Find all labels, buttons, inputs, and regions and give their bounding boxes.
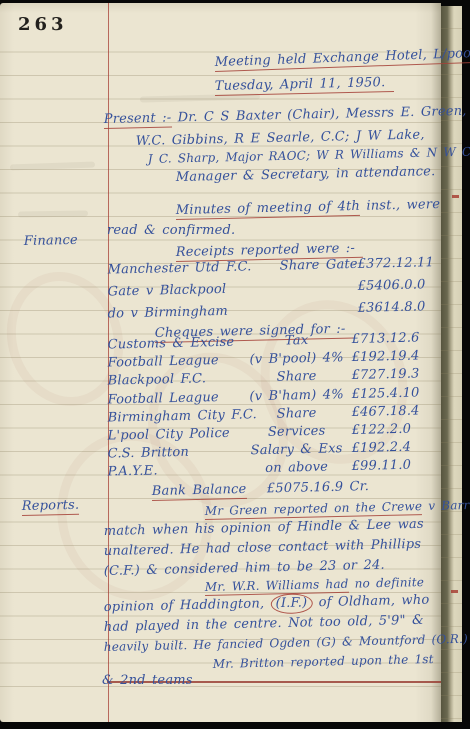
scanned-minute-book-page: 263 Meeting held Exchange Hotel, L/pool … [0,3,441,722]
cheque-amount: £122.2.0 [351,422,411,438]
cheque-amount: £192.19.4 [351,348,419,365]
report-green-rest: v Barrow [422,498,470,513]
minutes-rest: inst., were [360,197,440,214]
cheque-payee: Football League [108,390,219,408]
report-britton-line-2: & 2nd teams [102,673,193,688]
receipt-amount: £372.12.11 [357,255,434,272]
bank-balance-amount: £5075.16.9 Cr. [267,479,370,496]
cheque-desc: Tax [237,332,355,350]
edge-red-tick [451,590,458,593]
minutes-line-2: read & confirmed. [107,223,235,238]
cheque-desc: Salary & Exs [237,441,355,459]
cheque-amount: £99.11.0 [351,458,411,474]
cheque-amount: £125.4.10 [351,385,419,402]
cheque-amount: £467.18.4 [351,403,419,420]
cheque-desc: (v B'pool) 4% [237,350,355,368]
bank-balance-label: Bank Balance [152,482,247,501]
margin-note-reports-text: Reports. [22,498,80,516]
receipt-payee: Manchester Utd F.C. [108,259,252,277]
williams-line2-post: of Oldham, who [312,593,429,611]
cheque-desc: Share [237,368,355,386]
heading-date-line: Tuesday, April 11, 1950. [215,75,394,94]
cheque-desc: (v B'ham) 4% [237,387,355,405]
cheque-payee: Customs & Excise [108,335,235,353]
cheque-payee: Birmingham City F.C. [108,407,258,425]
cheque-payee: Blackpool F.C. [108,371,207,388]
edge-red-tick [452,195,459,198]
receipt-desc: Share Gate [279,257,357,274]
margin-note-finance: Finance [24,233,78,249]
receipt-amount: £3614.8.0 [357,299,425,316]
cheque-payee: L'pool City Police [108,426,231,444]
cheque-amount: £713.12.6 [351,330,419,347]
page-number: 263 [18,14,68,35]
report-williams-underlined: Mr. W.R. Williams had [205,577,349,596]
receipt-payee: Gate v Blackpool [108,282,227,300]
present-label: Present :- [104,110,172,129]
cheque-desc: Share [237,405,355,423]
cheque-payee: P.A.Y.E. [108,463,158,479]
show-through-smudge [18,210,88,217]
report-williams-rest: no definite [348,575,424,591]
cheque-payee: Football League [108,353,219,371]
cheque-amount: £192.2.4 [351,440,411,456]
cheque-payee: C.S. Britton [108,445,190,462]
receipt-payee: do v Birmingham [108,304,229,322]
margin-note-reports: Reports. [22,498,80,514]
cheque-desc: on above [237,459,355,477]
cheque-desc: Services [237,423,355,441]
cheque-amount: £727.19.3 [351,366,419,383]
receipt-amount: £5406.0.0 [357,277,425,294]
